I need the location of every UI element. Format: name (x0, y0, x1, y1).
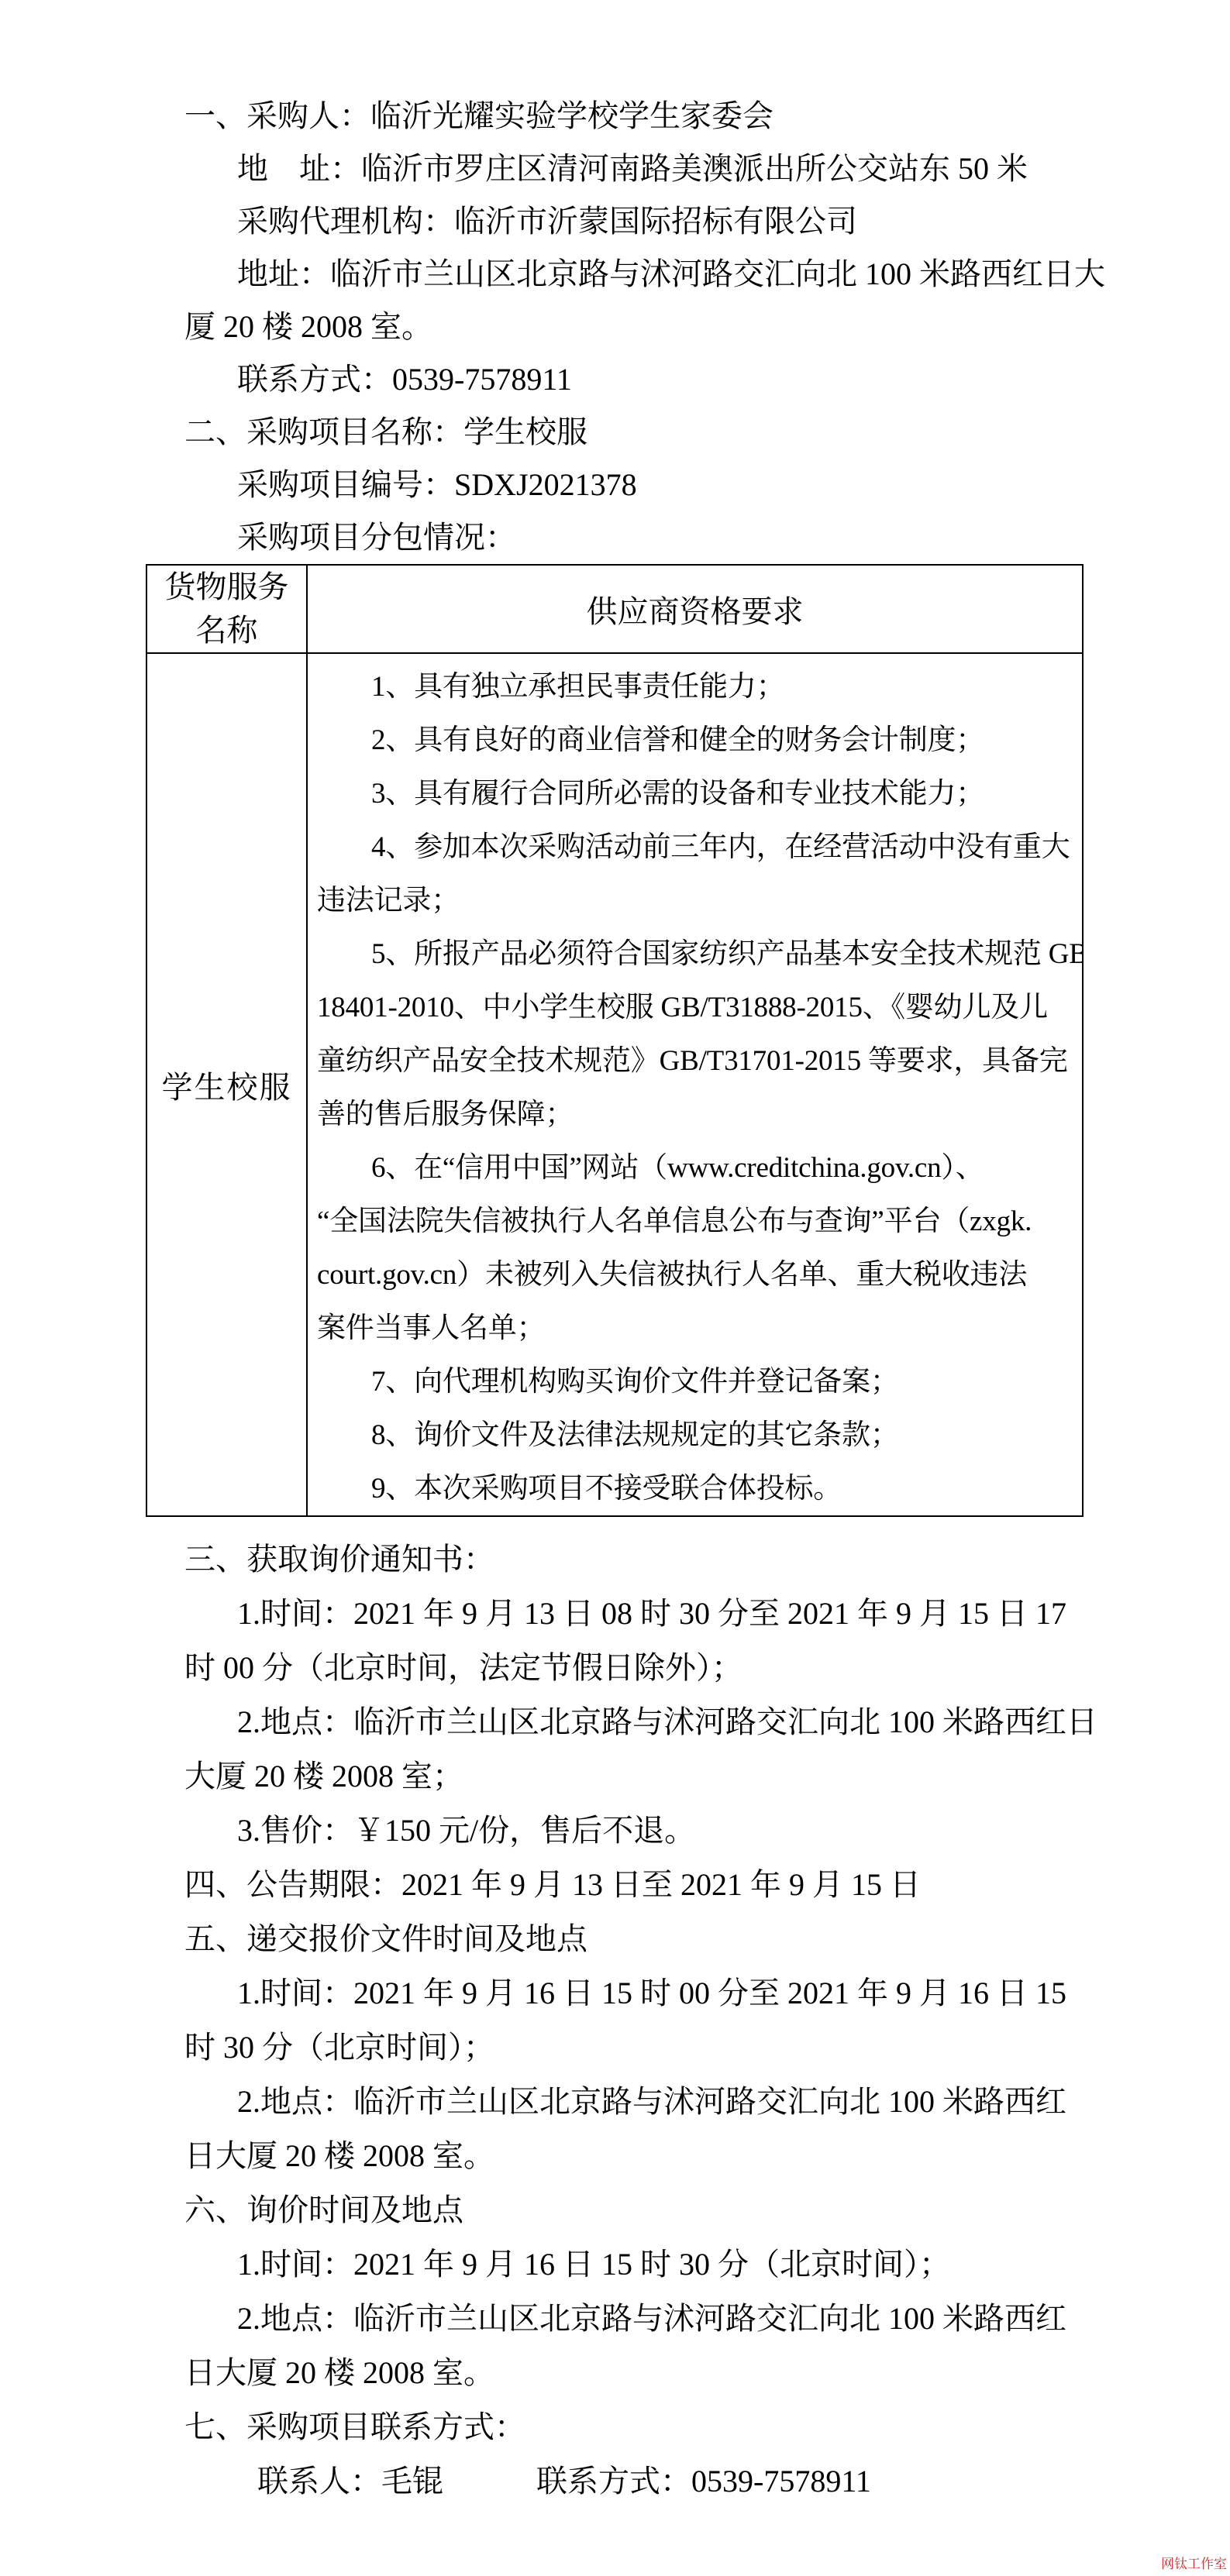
text-line: 采购项目分包情况： (184, 511, 1230, 564)
text-line: 大厦 20 楼 2008 室； (184, 1749, 1230, 1804)
text-line: 4、参加本次采购活动前三年内，在经营活动中没有重大 (317, 820, 1077, 874)
table-header-goods-service-name: 货物服务 名称 (146, 565, 307, 653)
text-line: 六、询价时间及地点 (184, 2183, 1230, 2237)
table-cell-requirements: 1、具有独立承担民事责任能力；2、具有良好的商业信誉和健全的财务会计制度；3、具… (307, 653, 1083, 1516)
text-line: 8、询价文件及法律法规规定的其它条款； (317, 1408, 1077, 1462)
text-line: 二、采购项目名称：学生校服 (184, 406, 1230, 459)
text-line: 三、获取询价通知书： (184, 1532, 1230, 1587)
text-line: 时 30 分（北京时间）； (184, 2021, 1230, 2075)
text-line: 联系人：毛锟 联系方式：0539-7578911 (184, 2454, 1230, 2509)
text-line: 五、递交报价文件时间及地点 (184, 1912, 1230, 1966)
section-purchaser-info: 一、采购人：临沂光耀实验学校学生家委会地 址：临沂市罗庄区清河南路美澳派出所公交… (184, 0, 1230, 564)
text-line: 采购代理机构：临沂市沂蒙国际招标有限公司 (184, 195, 1230, 248)
text-line: 七、采购项目联系方式： (184, 2400, 1230, 2454)
text-line: “全国法院失信被执行人名单信息公布与查询”平台（zxgk. (317, 1195, 1077, 1248)
table-header-row: 货物服务 名称 供应商资格要求 (146, 565, 1083, 653)
text-line: 6、在“信用中国”网站（www.creditchina.gov.cn）、 (317, 1141, 1077, 1195)
text-line: 时 00 分（北京时间，法定节假日除外）； (184, 1641, 1230, 1695)
text-line: 7、向代理机构购买询价文件并登记备案； (317, 1355, 1077, 1408)
document-page: 一、采购人：临沂光耀实验学校学生家委会地 址：临沂市罗庄区清河南路美澳派出所公交… (0, 0, 1230, 2576)
text-line: 违法记录； (317, 874, 1077, 927)
text-line: 18401-2010、中小学生校服 GB/T31888-2015、《婴幼儿及儿 (317, 981, 1077, 1034)
table-header-supplier-requirements: 供应商资格要求 (307, 565, 1083, 653)
text-line: 1.时间：2021 年 9 月 16 日 15 时 30 分（北京时间）； (184, 2237, 1230, 2292)
text-line: 案件当事人名单； (317, 1302, 1077, 1355)
text-line: 2.地点：临沂市兰山区北京路与沭河路交汇向北 100 米路西红 (184, 2292, 1230, 2346)
text-line: 日大厦 20 楼 2008 室。 (184, 2346, 1230, 2400)
section-notice-details: 三、获取询价通知书：1.时间：2021 年 9 月 13 日 08 时 30 分… (184, 1532, 1230, 2509)
text-line: 一、采购人：临沂光耀实验学校学生家委会 (184, 90, 1230, 143)
procurement-package-table: 货物服务 名称 供应商资格要求 学生校服 1、具有独立承担民事责任能力；2、具有… (146, 564, 1084, 1517)
table-header-goods-line1: 货物服务 (147, 566, 306, 609)
watermark-text: 网钛工作室 (1161, 2553, 1227, 2572)
table-data-row: 学生校服 1、具有独立承担民事责任能力；2、具有良好的商业信誉和健全的财务会计制… (146, 653, 1083, 1516)
table-header-goods-line2: 名称 (147, 609, 306, 652)
text-line: 3.售价：￥150 元/份，售后不退。 (184, 1804, 1230, 1858)
text-line: court.gov.cn）未被列入失信被执行人名单、重大税收违法 (317, 1248, 1077, 1302)
text-line: 3、具有履行合同所必需的设备和专业技术能力； (317, 767, 1077, 820)
text-line: 2.地点：临沂市兰山区北京路与沭河路交汇向北 100 米路西红日 (184, 1695, 1230, 1749)
text-line: 采购项目编号：SDXJ2021378 (184, 459, 1230, 511)
text-line: 四、公告期限：2021 年 9 月 13 日至 2021 年 9 月 15 日 (184, 1858, 1230, 1912)
table-cell-item-name: 学生校服 (146, 653, 307, 1516)
text-line: 联系方式：0539-7578911 (184, 353, 1230, 406)
text-line: 厦 20 楼 2008 室。 (184, 301, 1230, 353)
text-line: 地址：临沂市兰山区北京路与沭河路交汇向北 100 米路西红日大 (184, 248, 1230, 301)
text-line: 1.时间：2021 年 9 月 16 日 15 时 00 分至 2021 年 9… (184, 1966, 1230, 2021)
text-line: 2.地点：临沂市兰山区北京路与沭河路交汇向北 100 米路西红 (184, 2075, 1230, 2129)
text-line: 9、本次采购项目不接受联合体投标。 (317, 1462, 1077, 1515)
text-line: 1、具有独立承担民事责任能力； (317, 660, 1077, 714)
text-line: 2、具有良好的商业信誉和健全的财务会计制度； (317, 714, 1077, 767)
text-line: 童纺织产品安全技术规范》GB/T31701-2015 等要求，具备完 (317, 1034, 1077, 1088)
text-line: 5、所报产品必须符合国家纺织产品基本安全技术规范 GB (317, 927, 1077, 981)
text-line: 1.时间：2021 年 9 月 13 日 08 时 30 分至 2021 年 9… (184, 1587, 1230, 1641)
text-line: 地 址：临沂市罗庄区清河南路美澳派出所公交站东 50 米 (184, 143, 1230, 195)
text-line: 善的售后服务保障； (317, 1088, 1077, 1141)
text-line: 日大厦 20 楼 2008 室。 (184, 2129, 1230, 2183)
